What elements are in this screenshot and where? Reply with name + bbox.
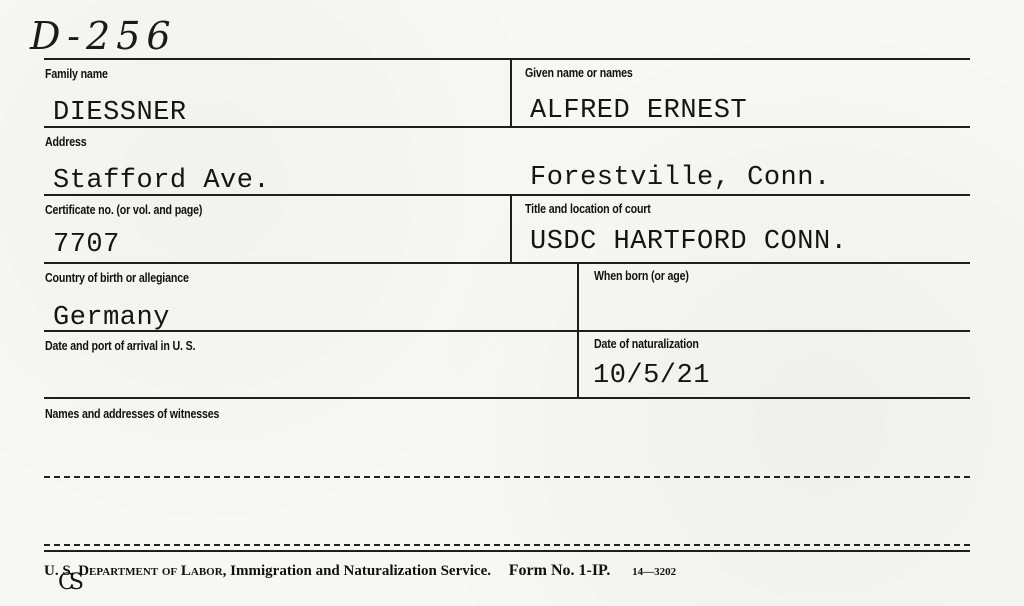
country-value: Germany <box>53 303 170 333</box>
naturalization-date-value: 10/5/21 <box>593 361 710 391</box>
rule-arrival-bottom <box>44 397 970 399</box>
family-name-label: Family name <box>45 66 108 81</box>
address-street-value: Stafford Ave. <box>53 166 270 196</box>
cs-stamp-mark: CS <box>58 570 78 595</box>
rule-country-bottom <box>44 330 970 332</box>
naturalization-index-card: D-256 Family name DIESSNER Given name or… <box>0 0 1024 606</box>
family-name-value: DIESSNER <box>53 98 187 128</box>
footer-print-number: 14—3202 <box>632 566 676 578</box>
court-value: USDC HARTFORD CONN. <box>530 227 847 257</box>
witnesses-label: Names and addresses of witnesses <box>45 406 219 421</box>
rule-top <box>44 58 970 60</box>
certificate-label: Certificate no. (or vol. and page) <box>45 202 202 217</box>
arrival-label: Date and port of arrival in U. S. <box>45 338 195 353</box>
divider-certificate <box>510 196 512 262</box>
when-born-label: When born (or age) <box>594 268 689 283</box>
rule-certificate-bottom <box>44 262 970 264</box>
witness-dashed-line-2 <box>44 544 970 546</box>
address-label: Address <box>45 134 87 149</box>
footer-form-number: Form No. 1-IP. <box>509 562 611 579</box>
rule-bottom <box>44 550 970 552</box>
handwritten-card-number: D-256 <box>30 14 177 58</box>
footer-department: Department of Labor, <box>78 563 226 579</box>
court-label: Title and location of court <box>525 201 651 216</box>
country-label: Country of birth or allegiance <box>45 270 189 285</box>
divider-name <box>510 60 512 126</box>
divider-country <box>577 264 579 330</box>
address-city-value: Forestville, Conn. <box>530 163 831 193</box>
form-footer: U. S. Department of Labor, Immigration a… <box>44 562 676 580</box>
naturalization-date-label: Date of naturalization <box>594 336 699 351</box>
given-name-value: ALFRED ERNEST <box>530 96 747 126</box>
given-name-label: Given name or names <box>525 65 633 80</box>
certificate-value: 7707 <box>53 230 120 260</box>
footer-service: Immigration and Naturalization Service. <box>230 563 491 579</box>
witness-dashed-line-1 <box>44 476 970 478</box>
divider-arrival <box>577 332 579 397</box>
